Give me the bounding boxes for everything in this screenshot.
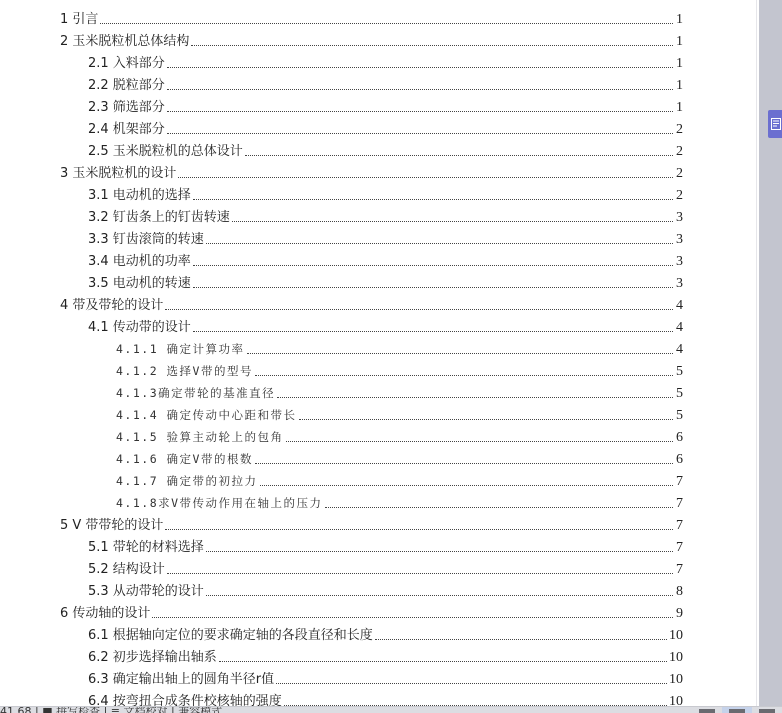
toc-entry-title[interactable]: 6 传动轴的设计 xyxy=(60,605,151,622)
toc-entry[interactable]: 3 玉米脱粒机的设计2 xyxy=(60,160,683,182)
side-panel-button[interactable] xyxy=(768,110,782,138)
toc-entry[interactable]: 2 玉米脱粒机总体结构1 xyxy=(60,28,683,50)
toc-entry[interactable]: 5.3 从动带轮的设计8 xyxy=(88,578,683,600)
toc-page-number: 5 xyxy=(675,385,683,402)
toc-entry[interactable]: 3.5 电动机的转速3 xyxy=(88,270,683,292)
toc-page-number: 1 xyxy=(675,11,683,28)
toc-page-number: 3 xyxy=(675,209,683,226)
toc-dot-leader xyxy=(232,220,673,222)
toc-page-number: 10 xyxy=(669,693,683,706)
toc-entry-title[interactable]: 3.1 电动机的选择 xyxy=(88,187,192,204)
toc-dot-leader xyxy=(245,154,673,156)
toc-dot-leader xyxy=(325,506,673,508)
toc-entry-title[interactable]: 6.4 按弯扭合成条件校核轴的强度 xyxy=(88,693,283,706)
toc-entry-title[interactable]: 3.5 电动机的转速 xyxy=(88,275,192,292)
toc-dot-leader xyxy=(375,638,667,640)
toc-entry-title[interactable]: 4.1.8求V带传动作用在轴上的压力 xyxy=(116,495,324,512)
toc-entry-title[interactable]: 1 引言 xyxy=(60,11,99,28)
toc-entry-title[interactable]: 4.1.7 确定带的初拉力 xyxy=(116,473,259,490)
toc-entry[interactable]: 4.1.1 确定计算功率4 xyxy=(116,336,683,358)
toc-page-number: 3 xyxy=(675,275,683,292)
toc-entry-title[interactable]: 4 带及带轮的设计 xyxy=(60,297,164,314)
toc-entry-title[interactable]: 6.2 初步选择输出轴系 xyxy=(88,649,218,666)
toc-page-number: 5 xyxy=(675,407,683,424)
toc-dot-leader xyxy=(100,22,673,24)
document-panel-icon xyxy=(771,118,781,130)
toc-entry[interactable]: 4.1.6 确定V带的根数6 xyxy=(116,446,683,468)
page-view-icon xyxy=(729,709,745,713)
toc-entry-title[interactable]: 2.1 入料部分 xyxy=(88,55,166,72)
toc-dot-leader xyxy=(276,682,667,684)
toc-dot-leader xyxy=(206,242,673,244)
toc-page-number: 1 xyxy=(675,77,683,94)
toc-page-number: 3 xyxy=(675,253,683,270)
toc-dot-leader xyxy=(178,176,673,178)
toc-entry-title[interactable]: 4.1.1 确定计算功率 xyxy=(116,341,246,358)
toc-entry-title[interactable]: 6.1 根据轴向定位的要求确定轴的各段直径和长度 xyxy=(88,627,374,644)
toc-page-number: 10 xyxy=(669,649,683,666)
toc-page-number: 4 xyxy=(675,319,683,336)
toc-entry-title[interactable]: 3.4 电动机的功率 xyxy=(88,253,192,270)
toc-entry[interactable]: 2.4 机架部分2 xyxy=(88,116,683,138)
toc-entry[interactable]: 4.1.7 确定带的初拉力7 xyxy=(116,468,683,490)
toc-page-number: 7 xyxy=(675,495,683,512)
toc-page-number: 9 xyxy=(675,605,683,622)
toc-page-number: 8 xyxy=(675,583,683,600)
toc-dot-leader xyxy=(165,528,673,530)
toc-dot-leader xyxy=(255,462,673,464)
toc-entry[interactable]: 2.1 入料部分1 xyxy=(88,50,683,72)
toc-entry-title[interactable]: 3.3 钉齿滚筒的转速 xyxy=(88,231,205,248)
toc-dot-leader xyxy=(219,660,667,662)
toc-page-number: 2 xyxy=(675,187,683,204)
toc-entry[interactable]: 1 引言1 xyxy=(60,6,683,28)
toc-page-number: 7 xyxy=(675,473,683,490)
web-view-button[interactable] xyxy=(752,707,782,713)
toc-entry-title[interactable]: 5.3 从动带轮的设计 xyxy=(88,583,205,600)
toc-dot-leader xyxy=(165,308,673,310)
toc-page-number: 7 xyxy=(675,539,683,556)
toc-entry[interactable]: 6.4 按弯扭合成条件校核轴的强度10 xyxy=(88,688,683,706)
toc-entry[interactable]: 2.5 玉米脱粒机的总体设计2 xyxy=(88,138,683,160)
toc-page-number: 10 xyxy=(669,627,683,644)
toc-entry-title[interactable]: 4.1.6 确定V带的根数 xyxy=(116,451,254,468)
page-view-button[interactable] xyxy=(722,707,752,713)
toc-dot-leader xyxy=(255,374,673,376)
toc-page-number: 10 xyxy=(669,671,683,688)
toc-dot-leader xyxy=(277,396,673,398)
status-text: 41.68 | ■ 拼写检查 | ≡ 文档校对 | 兼容模式 xyxy=(0,706,222,713)
toc-dot-leader xyxy=(167,132,673,134)
toc-page-number: 4 xyxy=(675,341,683,358)
toc-entry[interactable]: 5.1 带轮的材料选择7 xyxy=(88,534,683,556)
toc-entry[interactable]: 5 V 带带轮的设计7 xyxy=(60,512,683,534)
toc-entry[interactable]: 3.1 电动机的选择2 xyxy=(88,182,683,204)
toc-page-number: 6 xyxy=(675,451,683,468)
toc-entry-title[interactable]: 4.1.3确定带轮的基准直径 xyxy=(116,385,276,402)
toc-page-number: 1 xyxy=(675,99,683,116)
toc-page-number: 1 xyxy=(675,55,683,72)
toc-dot-leader xyxy=(193,198,673,200)
toc-dot-leader xyxy=(286,440,673,442)
toc-entry[interactable]: 4.1.4 确定传动中心距和带长5 xyxy=(116,402,683,424)
toc-dot-leader xyxy=(167,88,673,90)
toc-entry-title[interactable]: 2 玉米脱粒机总体结构 xyxy=(60,33,190,50)
toc-entry[interactable]: 4 带及带轮的设计4 xyxy=(60,292,683,314)
toc-entry[interactable]: 6 传动轴的设计9 xyxy=(60,600,683,622)
toc-entry-title[interactable]: 3 玉米脱粒机的设计 xyxy=(60,165,177,182)
toc-dot-leader xyxy=(206,550,673,552)
toc-entry-title[interactable]: 2.3 筛选部分 xyxy=(88,99,166,116)
toc-page-number: 4 xyxy=(675,297,683,314)
toc-entry-title[interactable]: 5.2 结构设计 xyxy=(88,561,166,578)
toc-entry[interactable]: 2.2 脱粒部分1 xyxy=(88,72,683,94)
web-view-icon xyxy=(759,709,775,713)
toc-page-number: 6 xyxy=(675,429,683,446)
toc-dot-leader xyxy=(167,572,673,574)
toc-entry[interactable]: 4.1.5 验算主动轮上的包角6 xyxy=(116,424,683,446)
toc-page-number: 1 xyxy=(675,33,683,50)
status-bar: 41.68 | ■ 拼写检查 | ≡ 文档校对 | 兼容模式 xyxy=(0,706,782,713)
toc-entry[interactable]: 2.3 筛选部分1 xyxy=(88,94,683,116)
toc-entry-title[interactable]: 3.2 钉齿条上的钉齿转速 xyxy=(88,209,231,226)
toc-page-number: 7 xyxy=(675,517,683,534)
toc-entry-title[interactable]: 5 V 带带轮的设计 xyxy=(60,517,164,534)
toc-dot-leader xyxy=(247,352,673,354)
toc-entry[interactable]: 4.1.3确定带轮的基准直径5 xyxy=(116,380,683,402)
toc-entry[interactable]: 3.3 钉齿滚筒的转速3 xyxy=(88,226,683,248)
toc-page-number: 2 xyxy=(675,121,683,138)
toc-entry-title[interactable]: 4.1.4 确定传动中心距和带长 xyxy=(116,407,298,424)
toc-entry-title[interactable]: 4.1.2 选择V带的型号 xyxy=(116,363,254,380)
document-page[interactable]: 1 引言12 玉米脱粒机总体结构12.1 入料部分12.2 脱粒部分12.3 筛… xyxy=(0,0,757,706)
toc-entry[interactable]: 4.1 传动带的设计4 xyxy=(88,314,683,336)
toc-entry[interactable]: 6.1 根据轴向定位的要求确定轴的各段直径和长度10 xyxy=(88,622,683,644)
toc-dot-leader xyxy=(299,418,673,420)
toc-dot-leader xyxy=(193,330,673,332)
toc-entry[interactable]: 6.3 确定输出轴上的圆角半径r值10 xyxy=(88,666,683,688)
toc-dot-leader xyxy=(191,44,673,46)
toc-entry[interactable]: 3.2 钉齿条上的钉齿转速3 xyxy=(88,204,683,226)
toc-entry-title[interactable]: 2.2 脱粒部分 xyxy=(88,77,166,94)
toc-entry-title[interactable]: 6.3 确定输出轴上的圆角半径r值 xyxy=(88,671,275,688)
toc-entry[interactable]: 4.1.8求V带传动作用在轴上的压力7 xyxy=(116,490,683,512)
toc-entry-title[interactable]: 4.1 传动带的设计 xyxy=(88,319,192,336)
right-side-panel-gutter xyxy=(759,0,782,706)
toc-entry[interactable]: 5.2 结构设计7 xyxy=(88,556,683,578)
toc-dot-leader xyxy=(167,66,673,68)
toc-page-number: 7 xyxy=(675,561,683,578)
toc-entry-title[interactable]: 2.4 机架部分 xyxy=(88,121,166,138)
toc-entry-title[interactable]: 4.1.5 验算主动轮上的包角 xyxy=(116,429,285,446)
reading-view-icon xyxy=(699,709,715,713)
toc-entry-title[interactable]: 2.5 玉米脱粒机的总体设计 xyxy=(88,143,244,160)
toc-entry[interactable]: 4.1.2 选择V带的型号5 xyxy=(116,358,683,380)
toc-entry[interactable]: 3.4 电动机的功率3 xyxy=(88,248,683,270)
toc-page-number: 5 xyxy=(675,363,683,380)
toc-dot-leader xyxy=(193,264,673,266)
toc-dot-leader xyxy=(193,286,673,288)
toc-dot-leader xyxy=(152,616,673,618)
toc-page-number: 2 xyxy=(675,165,683,182)
toc-dot-leader xyxy=(167,110,673,112)
toc-dot-leader xyxy=(206,594,673,596)
toc-dot-leader xyxy=(260,484,673,486)
toc-page-number: 3 xyxy=(675,231,683,248)
toc-entry[interactable]: 6.2 初步选择输出轴系10 xyxy=(88,644,683,666)
toc-entry-title[interactable]: 5.1 带轮的材料选择 xyxy=(88,539,205,556)
reading-view-button[interactable] xyxy=(692,707,722,713)
toc-page-number: 2 xyxy=(675,143,683,160)
